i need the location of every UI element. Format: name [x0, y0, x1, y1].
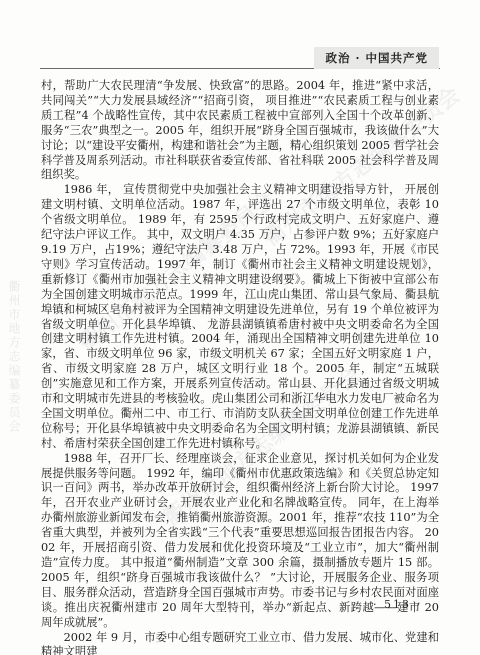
paragraph: 1986 年， 宣传贯彻党中央加强社会主义精神文明建设指导方针， 开展创建文明村…: [41, 183, 439, 451]
paragraph: 村，帮助广大农民理清“争发展、快致富”的思路。2004 年，推进“紧中求活，共同…: [41, 79, 439, 183]
watermark-vertical-text: 衢州市地方志编纂委员会: [6, 280, 23, 434]
paragraph: 2002 年 9 月，市委中心组专题研究工业立市、借力发展、城市化、党建和精神文…: [41, 631, 439, 655]
page-number: · 513 ·: [373, 598, 422, 611]
body-text: 村，帮助广大农民理清“争发展、快致富”的思路。2004 年，推进“紧中求活，共同…: [41, 79, 439, 655]
book-page: 衢州市地方志编纂委员会 衢州市地方志编纂委员会 衢州市地方志编纂委员会 衢州市地…: [0, 0, 480, 655]
section-header-label: 政治 · 中国共产党: [314, 47, 439, 69]
